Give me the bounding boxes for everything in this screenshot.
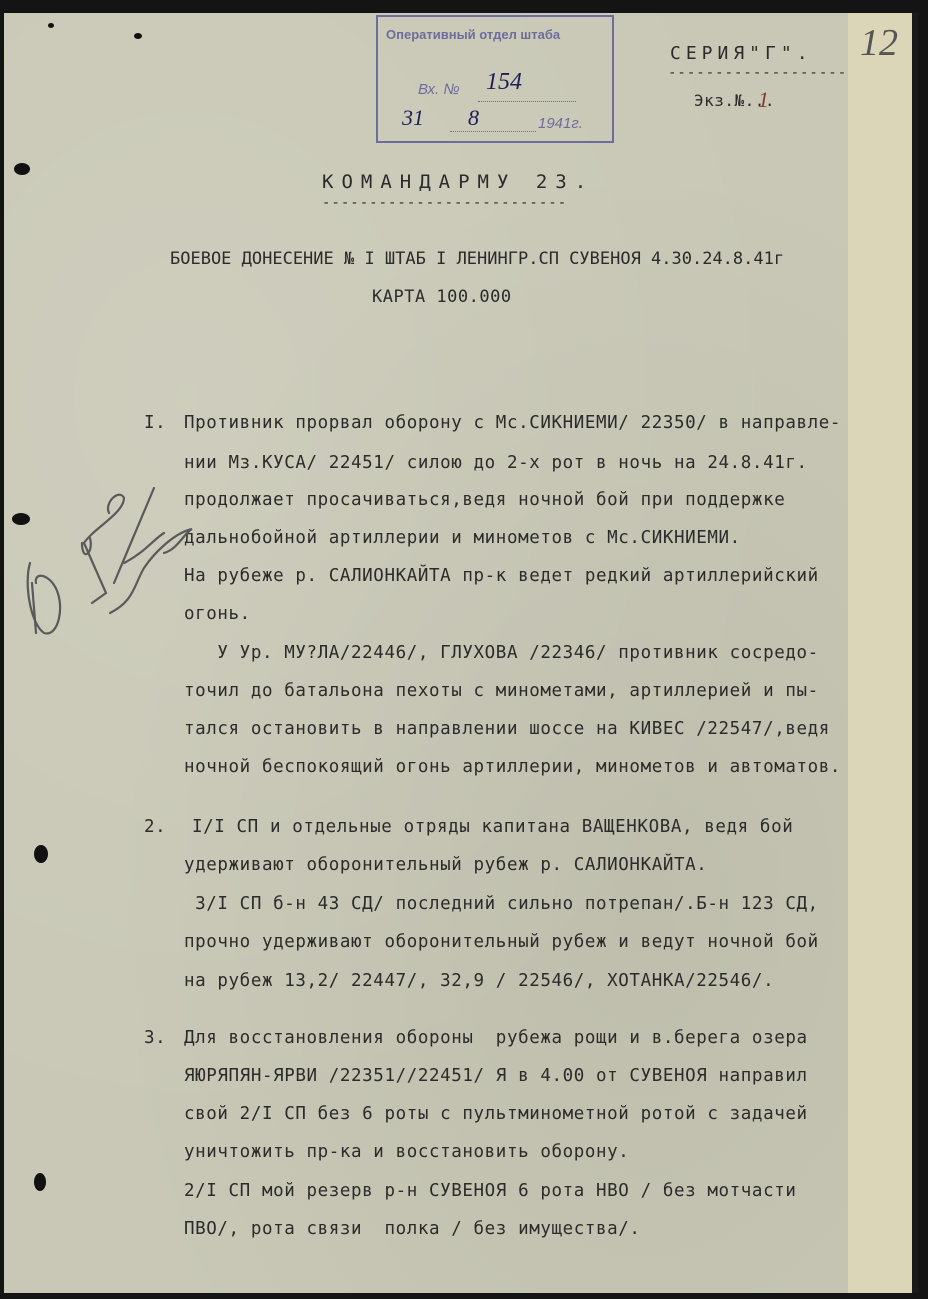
report-title: БОЕВОЕ ДОНЕСЕНИЕ № I ШТАБ I ЛЕНИНГР.СП С… bbox=[170, 249, 784, 269]
stamp-day: 31 bbox=[402, 105, 424, 131]
series-underline: ------------------- bbox=[668, 65, 847, 81]
handwriting-icon bbox=[14, 473, 204, 653]
stamp-title: Оперативный отдел штаба bbox=[386, 27, 560, 42]
paragraph-line: на рубеж 13,2/ 22447/, 32,9 / 22546/, ХО… bbox=[184, 971, 774, 991]
paragraph-line: I/I СП и отдельные отряды капитана ВАЩЕН… bbox=[192, 817, 793, 837]
paragraph-line: На рубеже р. САЛИОНКАЙТА пр-к ведет редк… bbox=[184, 566, 819, 586]
copy-number: 1 bbox=[758, 87, 769, 113]
paragraph-line: нии Мз.КУСА/ 22451/ силою до 2-х рот в н… bbox=[184, 453, 808, 473]
paper-right-strip bbox=[848, 13, 918, 1293]
punch-hole-icon bbox=[34, 845, 48, 863]
paragraph-number: 3. bbox=[144, 1028, 166, 1048]
stamp-dotted-line bbox=[478, 101, 576, 102]
paragraph-line: У Ур. МУ?ЛА/22446/, ГЛУХОВА /22346/ прот… bbox=[184, 643, 819, 663]
document-sheet: Оперативный отдел штаба Вх. № 154 31 8 1… bbox=[4, 13, 918, 1293]
addressee: КОМАНДАРМУ 23. bbox=[322, 171, 594, 193]
punch-hole-icon bbox=[14, 163, 30, 175]
incoming-stamp: Оперативный отдел штаба Вх. № 154 31 8 1… bbox=[376, 15, 614, 143]
paragraph-line: ПВО/, рота связи полка / без имущества/. bbox=[184, 1219, 641, 1239]
paragraph-line: уничтожить пр-ка и восстановить оборону. bbox=[184, 1142, 629, 1162]
paragraph-line: Для восстановления обороны рубежа рощи и… bbox=[184, 1028, 808, 1048]
stamp-dotted-line bbox=[450, 131, 536, 132]
paragraph-line: 2/I СП мой резерв р-н СУВЕНОЯ 6 рота НВО… bbox=[184, 1181, 796, 1201]
stamp-year: 1941г. bbox=[538, 115, 583, 132]
stamp-month: 8 bbox=[468, 105, 479, 131]
paragraph-line: точил до батальона пехоты с минометами, … bbox=[184, 681, 819, 701]
map-scale: КАРТА 100.000 bbox=[372, 287, 512, 307]
paragraph-line: свой 2/I СП без 6 роты с пультминометной… bbox=[184, 1104, 808, 1124]
stamp-incoming-label: Вх. № bbox=[418, 81, 460, 98]
addressee-underline: -------------------------- bbox=[322, 195, 567, 211]
paper-edge bbox=[912, 13, 918, 1293]
paragraph-number: I. bbox=[144, 413, 166, 433]
speck-icon bbox=[134, 33, 142, 39]
paragraph-line: прочно удерживают оборонительный рубеж и… bbox=[184, 932, 819, 952]
paragraph-number: 2. bbox=[144, 817, 166, 837]
series-label: СЕРИЯ"Г". bbox=[670, 43, 813, 64]
punch-hole-icon bbox=[34, 1173, 46, 1191]
paragraph-line: Противник прорвал оборону с Мс.СИКНИЕМИ/… bbox=[184, 413, 841, 433]
paragraph-line: ЯЮРЯПЯН-ЯРВИ /22351//22451/ Я в 4.00 от … bbox=[184, 1066, 808, 1086]
stamp-incoming-number: 154 bbox=[486, 69, 522, 96]
paragraph-line: 3/I СП б-н 43 СД/ последний сильно потре… bbox=[184, 894, 819, 914]
paragraph-line: удерживают оборонительный рубеж р. САЛИО… bbox=[184, 855, 707, 875]
paragraph-line: дальнобойной артиллерии и минометов с Мс… bbox=[184, 528, 741, 548]
paragraph-line: продолжает просачиваться,ведя ночной бой… bbox=[184, 490, 785, 510]
handwritten-margin-note: В дело Гельм. bbox=[14, 473, 204, 653]
sheet-number: 12 bbox=[860, 21, 898, 65]
speck-icon bbox=[48, 23, 54, 28]
paragraph-line: тался остановить в направлении шоссе на … bbox=[184, 719, 830, 739]
paragraph-line: ночной беспокоящий огонь артиллерии, мин… bbox=[184, 757, 841, 777]
